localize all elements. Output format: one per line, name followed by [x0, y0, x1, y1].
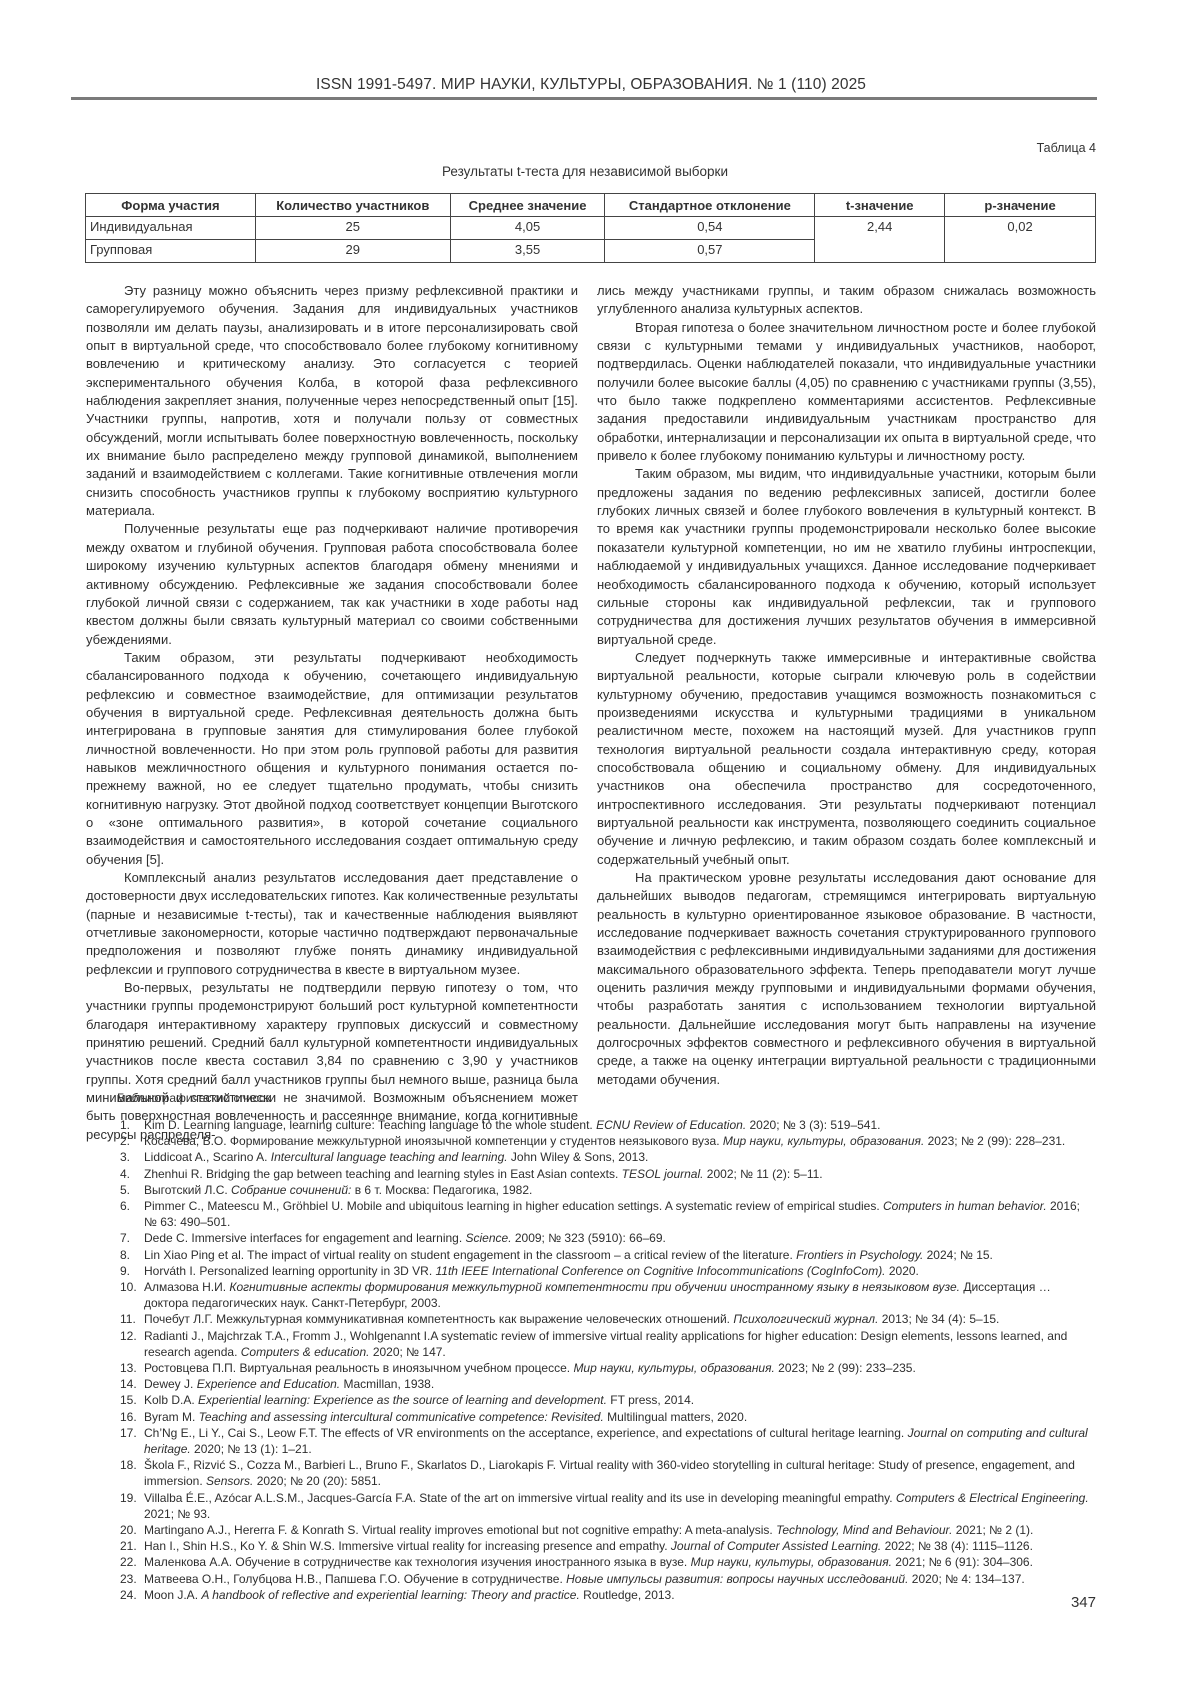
- reference-source: A handbook of reflective and experientia…: [201, 1588, 579, 1602]
- reference-number: 5.: [120, 1182, 130, 1198]
- running-header: ISSN 1991-5497. МИР НАУКИ, КУЛЬТУРЫ, ОБР…: [86, 76, 1096, 94]
- reference-source: Мир науки, культуры, образования.: [723, 1134, 924, 1148]
- reference-number: 19.: [120, 1490, 137, 1506]
- reference-source: Journal of Computer Assisted Learning.: [671, 1539, 881, 1553]
- table-label: Таблица 4: [1037, 141, 1096, 155]
- reference-item: 9.Horváth I. Personalized learning oppor…: [100, 1263, 1096, 1279]
- cell-sd: 0,57: [605, 240, 815, 263]
- reference-number: 3.: [120, 1149, 130, 1165]
- reference-details: 2023; № 2 (99): 233–235.: [775, 1361, 916, 1375]
- table-header-row: Форма участия Количество участников Сред…: [86, 194, 1096, 217]
- reference-item: 19.Villalba É.E., Azócar A.L.S.M., Jacqu…: [100, 1490, 1096, 1522]
- reference-number: 11.: [120, 1311, 136, 1327]
- cell-form: Индивидуальная: [86, 217, 256, 240]
- reference-details: 2020; № 13 (1): 1–21.: [191, 1442, 312, 1456]
- reference-number: 23.: [120, 1571, 137, 1587]
- paragraph: Полученные результаты еще раз подчеркива…: [86, 520, 578, 648]
- reference-details: 2021; № 2 (1).: [952, 1523, 1033, 1537]
- reference-item: 16.Byram M. Teaching and assessing inter…: [100, 1409, 1096, 1425]
- paragraph: Комплексный анализ результатов исследова…: [86, 869, 578, 979]
- header-divider: [71, 97, 1097, 100]
- reference-item: 11.Почебут Л.Г. Межкультурная коммуникат…: [100, 1311, 1096, 1327]
- reference-number: 15.: [120, 1392, 137, 1408]
- reference-details: 2020; № 3 (3): 519–541.: [746, 1118, 880, 1132]
- reference-details: 2020; № 4: 134–137.: [908, 1572, 1024, 1586]
- bibliography-list: 1.Kim D. Learning language, learning cul…: [100, 1117, 1096, 1603]
- reference-item: 1.Kim D. Learning language, learning cul…: [100, 1117, 1096, 1133]
- reference-details: 2009; № 323 (5910): 66–69.: [512, 1231, 666, 1245]
- reference-source: Technology, Mind and Behaviour.: [776, 1523, 952, 1537]
- reference-details: Multilingual matters, 2020.: [604, 1410, 747, 1424]
- reference-item: 20.Martingano A.J., Hererra F. & Konrath…: [100, 1522, 1096, 1538]
- reference-source: Computers in human behavior.: [883, 1199, 1047, 1213]
- reference-text: Dewey J.: [144, 1377, 197, 1391]
- column-header: Количество участников: [255, 194, 450, 217]
- reference-item: 23.Матвеева О.Н., Голубцова Н.В., Папшев…: [100, 1571, 1096, 1587]
- reference-source: Computers & Electrical Engineering.: [896, 1491, 1089, 1505]
- paragraph: На практическом уровне результаты исслед…: [597, 869, 1096, 1089]
- reference-source: Мир науки, культуры, образования.: [573, 1361, 774, 1375]
- reference-details: 2022; № 38 (4): 1115–1126.: [881, 1539, 1033, 1553]
- reference-source: Психологический журнал.: [733, 1312, 878, 1326]
- reference-text: Villalba É.E., Azócar A.L.S.M., Jacques-…: [144, 1491, 896, 1505]
- reference-source: Science.: [466, 1231, 512, 1245]
- table-row: Индивидуальная 25 4,05 0,54 2,44 0,02: [86, 217, 1096, 240]
- cell-sd: 0,54: [605, 217, 815, 240]
- cell-count: 25: [255, 217, 450, 240]
- column-header: Среднее значение: [450, 194, 605, 217]
- reference-item: 15.Kolb D.A. Experiential learning: Expe…: [100, 1392, 1096, 1408]
- reference-number: 16.: [120, 1409, 137, 1425]
- reference-details: FT press, 2014.: [607, 1393, 694, 1407]
- paragraph-continuation: лись между участниками группы, и таким о…: [597, 282, 1096, 319]
- reference-details: в 6 т. Москва: Педагогика, 1982.: [351, 1183, 532, 1197]
- reference-item: 2.Косачева, В.О. Формирование межкультур…: [100, 1133, 1096, 1149]
- reference-number: 24.: [120, 1587, 137, 1603]
- reference-item: 8.Lin Xiao Ping et al. The impact of vir…: [100, 1247, 1096, 1263]
- reference-details: 2020; № 20 (20): 5851.: [253, 1474, 381, 1488]
- reference-number: 2.: [120, 1133, 130, 1149]
- body-column-right: лись между участниками группы, и таким о…: [597, 282, 1096, 1089]
- reference-number: 6.: [120, 1198, 130, 1214]
- reference-number: 12.: [120, 1328, 137, 1344]
- reference-source: Frontiers in Psychology.: [796, 1248, 923, 1262]
- reference-text: Lin Xiao Ping et al. The impact of virtu…: [144, 1248, 796, 1262]
- results-table: Форма участия Количество участников Сред…: [85, 193, 1096, 263]
- reference-source: ECNU Review of Education.: [596, 1118, 746, 1132]
- reference-number: 20.: [120, 1522, 137, 1538]
- table-title: Результаты t-теста для независимой выбор…: [0, 164, 1170, 179]
- reference-text: Zhenhui R. Bridging the gap between teac…: [144, 1167, 622, 1181]
- reference-text: Ch’Ng E., Li Y., Cai S., Leow F.T. The e…: [144, 1426, 908, 1440]
- reference-details: 2024; № 15.: [923, 1248, 993, 1262]
- reference-details: 2023; № 2 (99): 228–231.: [924, 1134, 1065, 1148]
- reference-item: 5.Выготский Л.С. Собрание сочинений: в 6…: [100, 1182, 1096, 1198]
- cell-mean: 4,05: [450, 217, 605, 240]
- reference-item: 24.Moon J.A. A handbook of reflective an…: [100, 1587, 1096, 1603]
- cell-mean: 3,55: [450, 240, 605, 263]
- reference-details: 2021; № 93.: [144, 1507, 210, 1521]
- cell-p-value: 0,02: [945, 217, 1096, 263]
- reference-item: 21.Han I., Shin H.S., Ko Y. & Shin W.S. …: [100, 1538, 1096, 1554]
- reference-number: 8.: [120, 1247, 130, 1263]
- reference-text: Liddicoat A., Scarino A.: [144, 1150, 271, 1164]
- reference-details: 2020; № 147.: [369, 1345, 445, 1359]
- reference-text: Матвеева О.Н., Голубцова Н.В., Папшева Г…: [144, 1572, 566, 1586]
- reference-text: Horváth I. Personalized learning opportu…: [144, 1264, 436, 1278]
- reference-source: Sensors.: [206, 1474, 253, 1488]
- reference-text: Kim D. Learning language, learning cultu…: [144, 1118, 596, 1132]
- reference-number: 1.: [120, 1117, 130, 1133]
- column-header: Форма участия: [86, 194, 256, 217]
- reference-item: 18.Škola F., Rizvić S., Cozza M., Barbie…: [100, 1457, 1096, 1489]
- reference-source: Experience and Education.: [197, 1377, 340, 1391]
- reference-details: Routledge, 2013.: [580, 1588, 675, 1602]
- reference-text: Алмазова Н.И.: [144, 1280, 229, 1294]
- reference-text: Косачева, В.О. Формирование межкультурно…: [144, 1134, 723, 1148]
- reference-details: 2002; № 11 (2): 5–11.: [703, 1167, 822, 1181]
- reference-text: Moon J.A.: [144, 1588, 201, 1602]
- reference-number: 18.: [120, 1457, 137, 1473]
- reference-item: 10.Алмазова Н.И. Когнитивные аспекты фор…: [100, 1279, 1096, 1311]
- reference-details: 2020.: [886, 1264, 919, 1278]
- column-header: Стандартное отклонение: [605, 194, 815, 217]
- reference-details: 2013; № 34 (4): 5–15.: [878, 1312, 999, 1326]
- paragraph: Таким образом, эти результаты подчеркива…: [86, 649, 578, 869]
- reference-source: Новые импульсы развития: вопросы научных…: [566, 1572, 908, 1586]
- cell-form: Групповая: [86, 240, 256, 263]
- reference-source: Мир науки, культуры, образования.: [691, 1555, 892, 1569]
- reference-number: 9.: [120, 1263, 130, 1279]
- reference-source: Computers & education.: [241, 1345, 370, 1359]
- reference-text: Ростовцева П.П. Виртуальная реальность в…: [144, 1361, 573, 1375]
- paragraph: Таким образом, мы видим, что индивидуаль…: [597, 465, 1096, 648]
- reference-number: 10.: [120, 1279, 137, 1295]
- reference-item: 4.Zhenhui R. Bridging the gap between te…: [100, 1166, 1096, 1182]
- body-column-left: Эту разницу можно объяснить через призму…: [86, 282, 578, 1144]
- reference-details: John Wiley & Sons, 2013.: [508, 1150, 649, 1164]
- page-number: 347: [1071, 1594, 1096, 1611]
- reference-text: Почебут Л.Г. Межкультурная коммуникативн…: [144, 1312, 733, 1326]
- reference-source: TESOL journal.: [622, 1167, 704, 1181]
- paragraph: Эту разницу можно объяснить через призму…: [86, 282, 578, 520]
- reference-number: 21.: [120, 1538, 137, 1554]
- reference-number: 22.: [120, 1554, 137, 1570]
- reference-text: Kolb D.A.: [144, 1393, 198, 1407]
- reference-details: Macmillan, 1938.: [340, 1377, 434, 1391]
- reference-number: 7.: [120, 1230, 130, 1246]
- reference-source: Teaching and assessing intercultural com…: [199, 1410, 604, 1424]
- reference-number: 17.: [120, 1425, 137, 1441]
- reference-source: Intercultural language teaching and lear…: [271, 1150, 508, 1164]
- reference-text: Han I., Shin H.S., Ko Y. & Shin W.S. Imm…: [144, 1539, 671, 1553]
- reference-number: 14.: [120, 1376, 137, 1392]
- bibliography-title: Библиографический список: [117, 1091, 271, 1105]
- column-header: p-значение: [945, 194, 1096, 217]
- paragraph: Вторая гипотеза о более значительном лич…: [597, 319, 1096, 466]
- reference-text: Byram M.: [144, 1410, 199, 1424]
- reference-text: Pimmer C., Mateescu M., Gröhbiel U. Mobi…: [144, 1199, 883, 1213]
- reference-text: Маленкова А.А. Обучение в сотрудничестве…: [144, 1555, 691, 1569]
- reference-item: 7.Dede C. Immersive interfaces for engag…: [100, 1230, 1096, 1246]
- reference-source: Experiential learning: Experience as the…: [198, 1393, 607, 1407]
- reference-source: Собрание сочинений:: [231, 1183, 351, 1197]
- reference-source: Когнитивные аспекты формирования межкуль…: [229, 1280, 960, 1294]
- reference-source: 11th IEEE International Conference on Co…: [436, 1264, 886, 1278]
- reference-number: 13.: [120, 1360, 137, 1376]
- reference-number: 4.: [120, 1166, 130, 1182]
- column-header: t-значение: [815, 194, 945, 217]
- cell-t-value: 2,44: [815, 217, 945, 263]
- reference-details: 2021; № 6 (91): 304–306.: [892, 1555, 1033, 1569]
- reference-item: 13.Ростовцева П.П. Виртуальная реальност…: [100, 1360, 1096, 1376]
- reference-text: Dede C. Immersive interfaces for engagem…: [144, 1231, 466, 1245]
- reference-item: 6.Pimmer C., Mateescu M., Gröhbiel U. Mo…: [100, 1198, 1096, 1230]
- paragraph: Следует подчеркнуть также иммерсивные и …: [597, 649, 1096, 869]
- reference-item: 14.Dewey J. Experience and Education. Ma…: [100, 1376, 1096, 1392]
- reference-item: 3.Liddicoat A., Scarino A. Intercultural…: [100, 1149, 1096, 1165]
- reference-item: 22.Маленкова А.А. Обучение в сотрудничес…: [100, 1554, 1096, 1570]
- reference-text: Martingano A.J., Hererra F. & Konrath S.…: [144, 1523, 776, 1537]
- cell-count: 29: [255, 240, 450, 263]
- reference-text: Выготский Л.С.: [144, 1183, 231, 1197]
- reference-item: 12.Radianti J., Majchrzak T.A., Fromm J.…: [100, 1328, 1096, 1360]
- reference-item: 17.Ch’Ng E., Li Y., Cai S., Leow F.T. Th…: [100, 1425, 1096, 1457]
